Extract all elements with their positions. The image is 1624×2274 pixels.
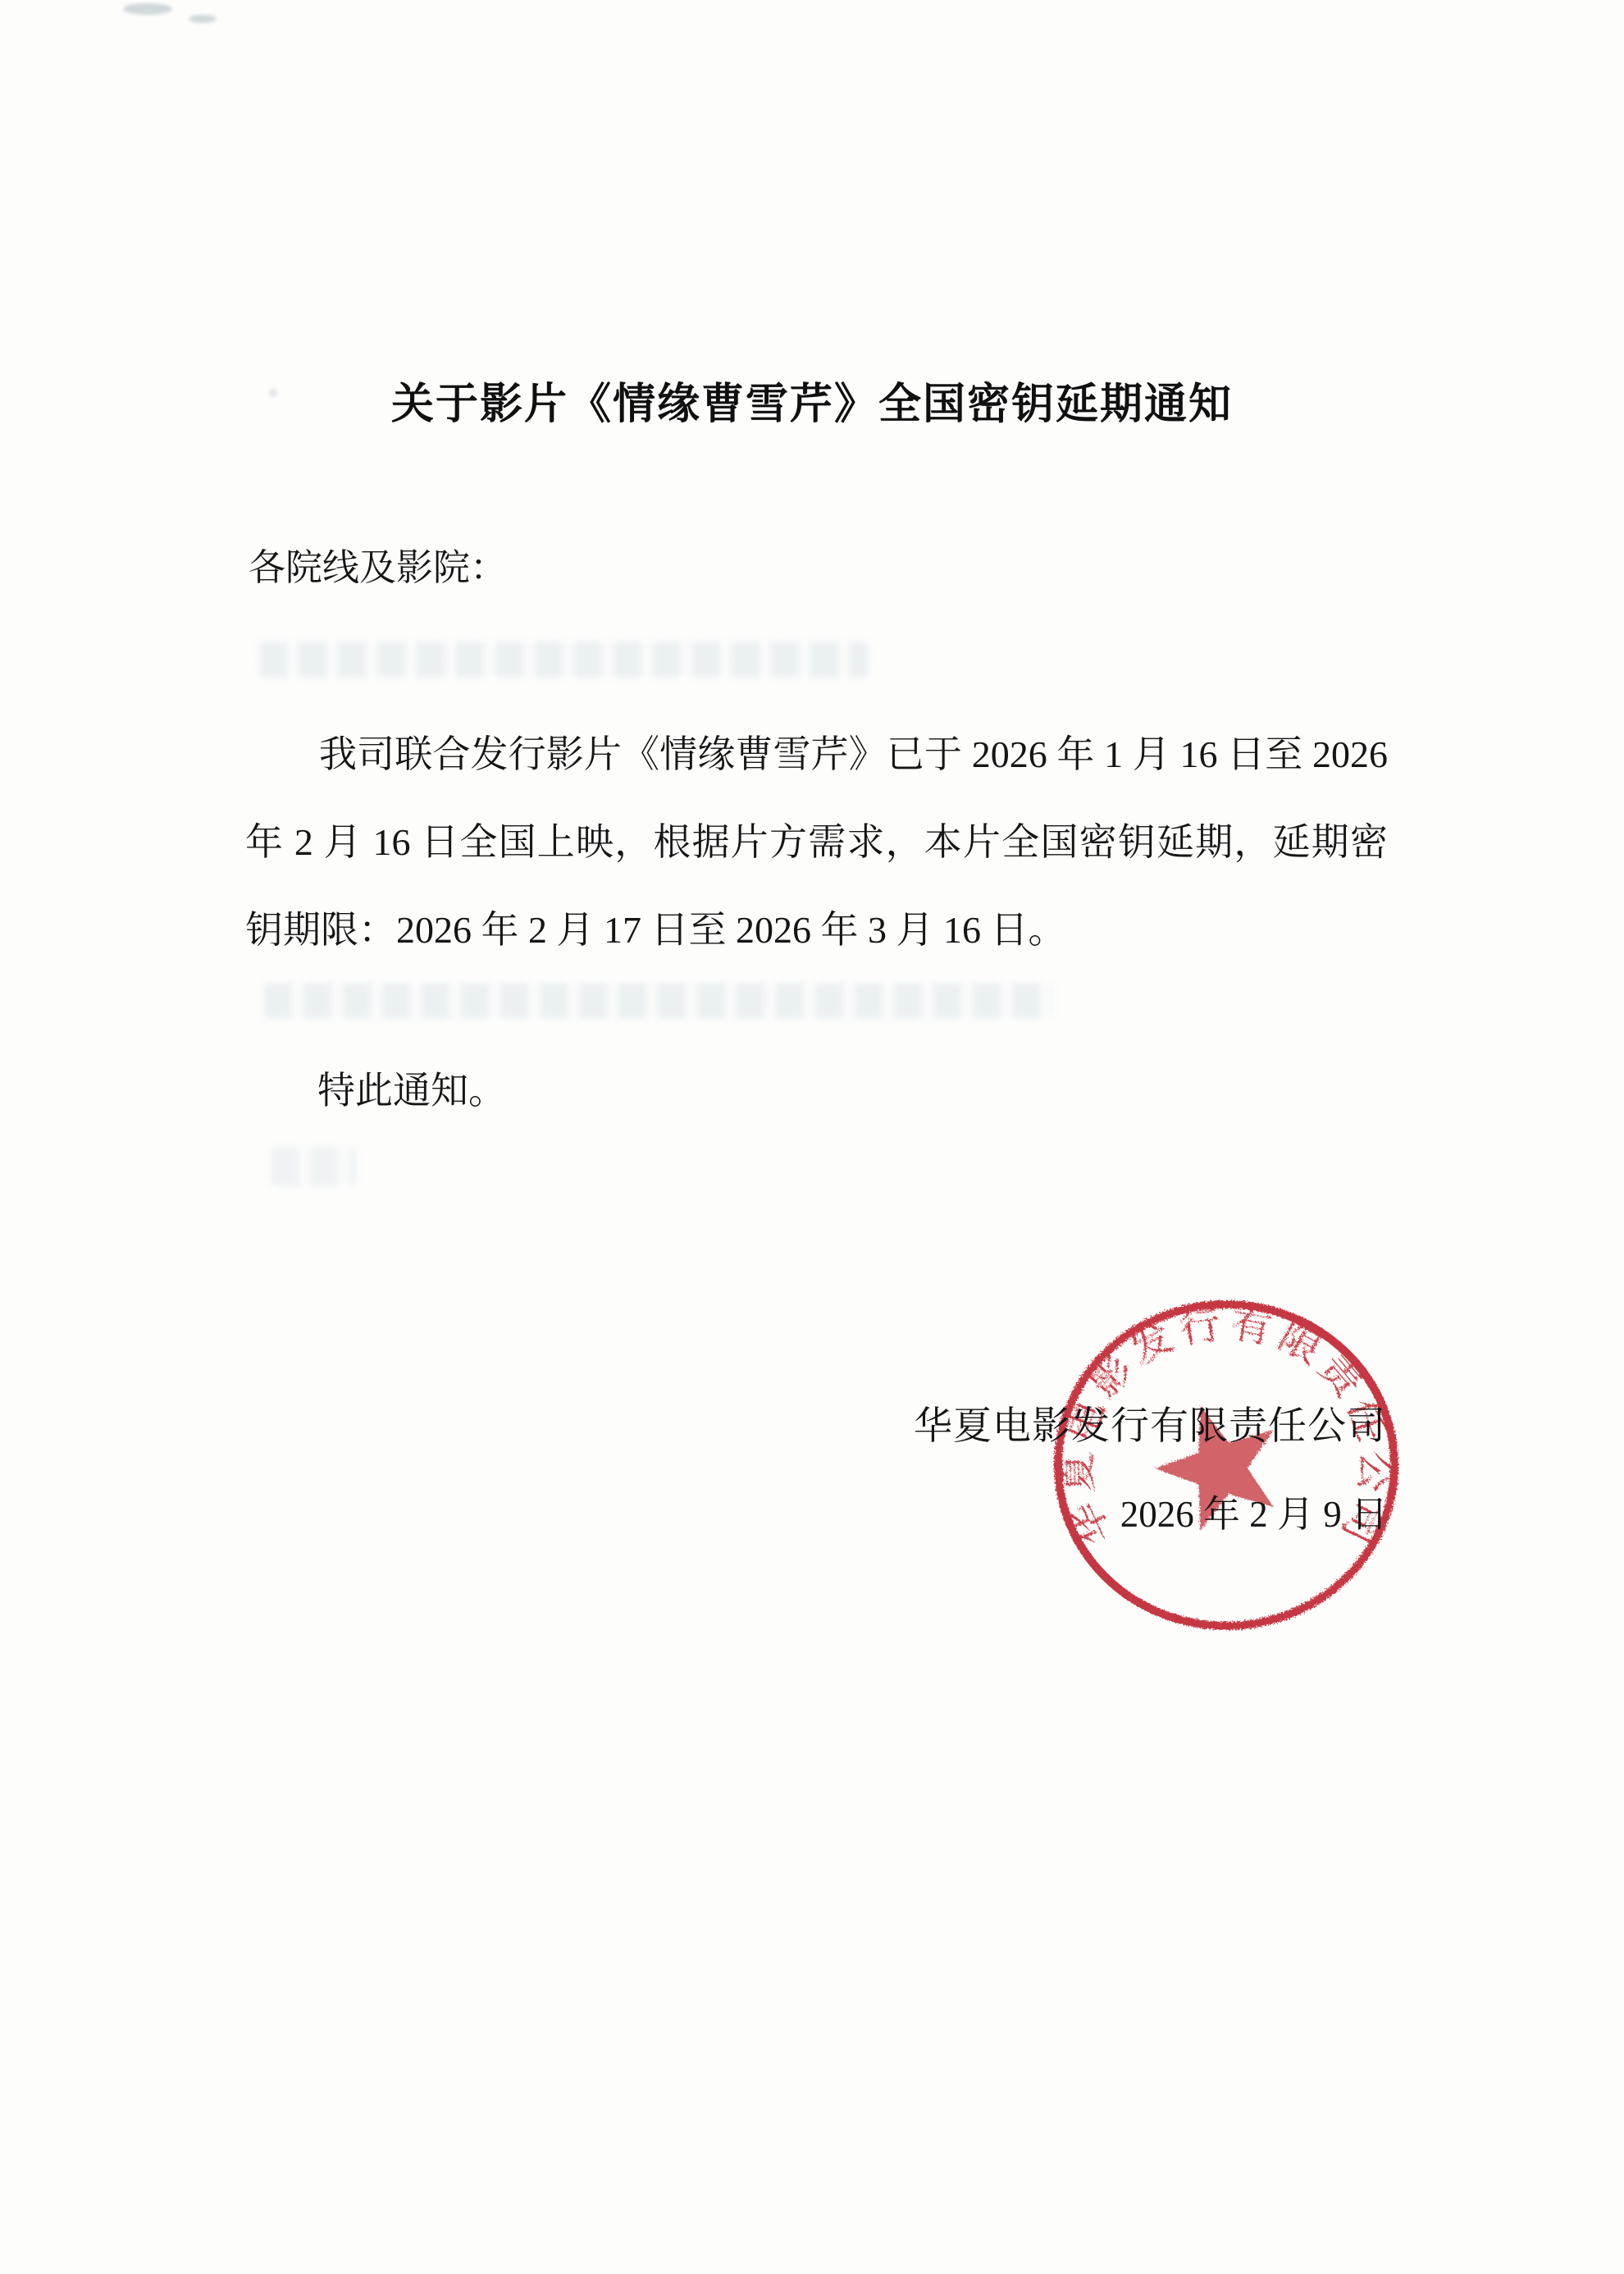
body-line-3: 钥期限：2026 年 2 月 17 日至 2026 年 3 月 16 日。 xyxy=(245,908,1066,952)
signature-company: 华夏电影发行有限责任公司 xyxy=(914,1404,1386,1450)
bleed-through-line xyxy=(259,642,868,678)
notice-title: 关于影片《情缘曹雪芹》全国密钥延期通知 xyxy=(0,369,1624,431)
salutation: 各院线及影院： xyxy=(249,546,507,590)
body-line-1: 我司联合发行影片《情缘曹雪芹》已于 2026 年 1 月 16 日至 2026 xyxy=(319,733,1388,777)
bleed-through-mark xyxy=(271,1147,356,1186)
closing-phrase: 特此通知。 xyxy=(317,1069,506,1113)
bleed-through-line xyxy=(264,983,1053,1019)
scan-noise-speck xyxy=(123,3,172,15)
company-seal-stamp: 华夏电影发行有限责任公司 xyxy=(1042,1293,1411,1654)
scanned-notice-page: 关于影片《情缘曹雪芹》全国密钥延期通知 各院线及影院： 我司联合发行影片《情缘曹… xyxy=(0,0,1624,2274)
signature-date: 2026 年 2 月 9 日 xyxy=(1120,1493,1388,1537)
body-line-2: 年 2 月 16 日全国上映，根据片方需求，本片全国密钥延期，延期密 xyxy=(245,820,1388,865)
scan-noise-speck xyxy=(189,15,217,23)
